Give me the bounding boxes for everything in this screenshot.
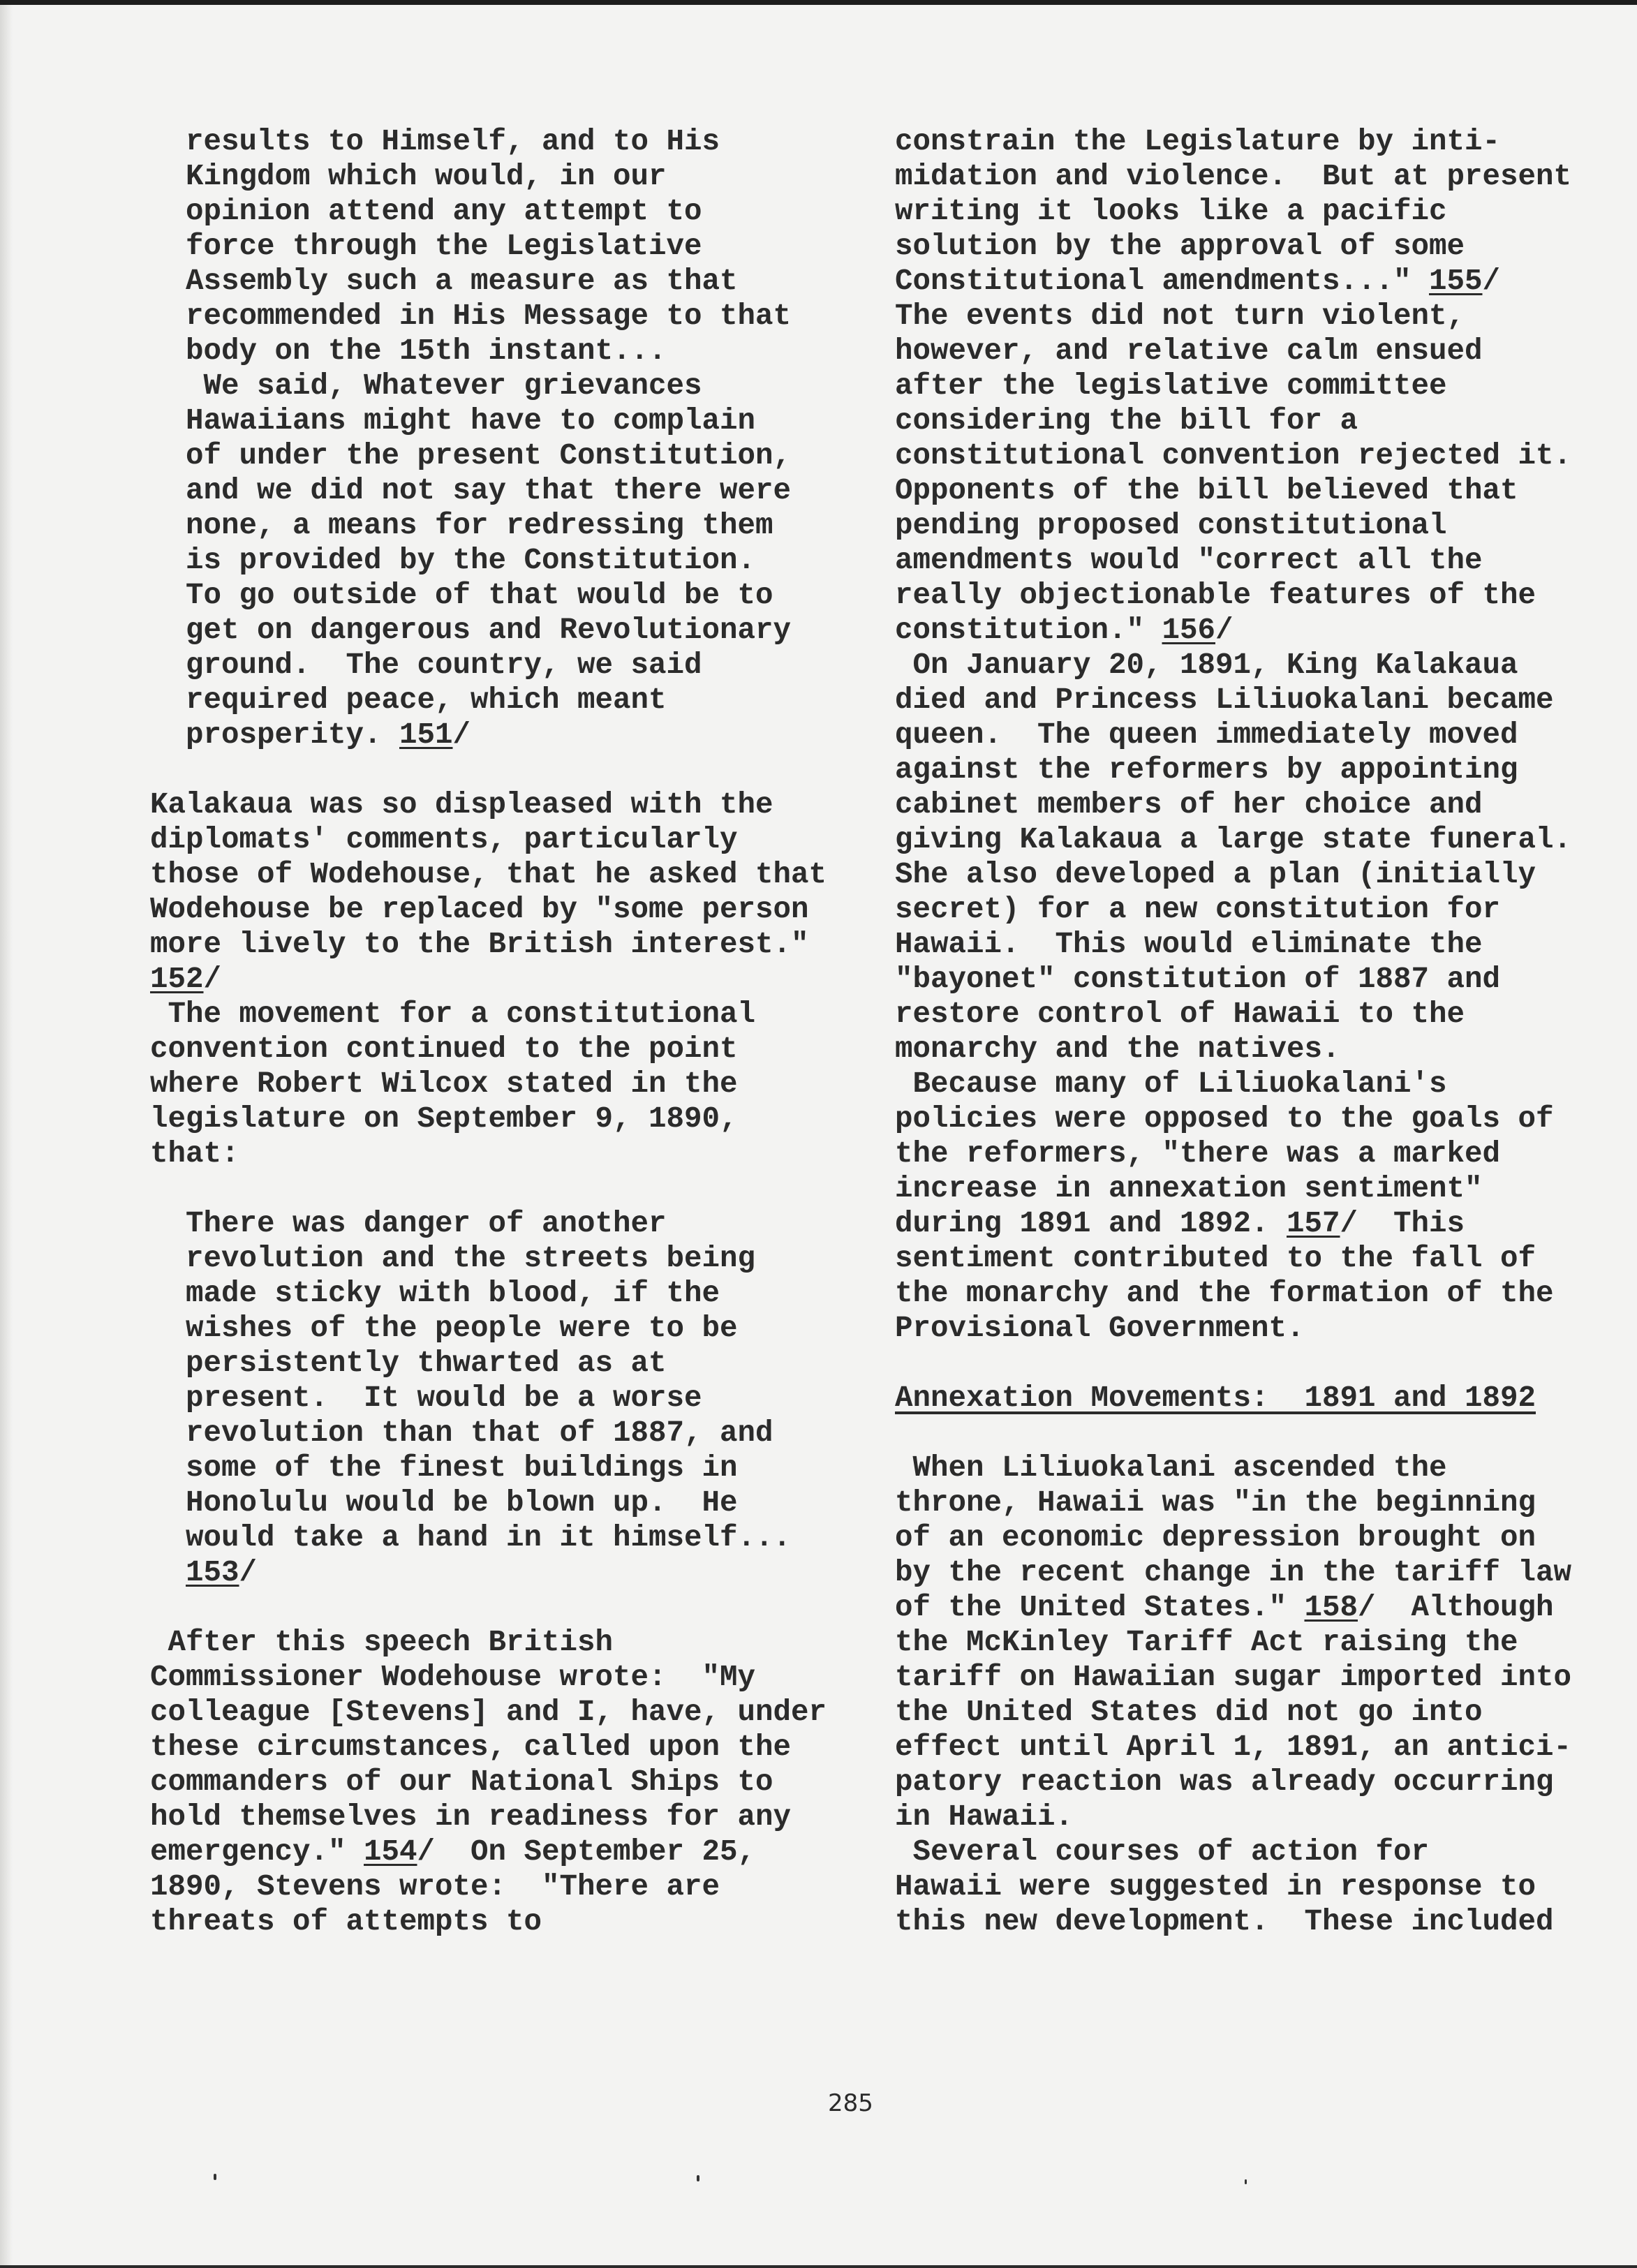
text-line: Provisional Government.	[895, 1311, 1593, 1346]
line-text: these circumstances, called upon the	[150, 1730, 791, 1764]
text-line: Commissioner Wodehouse wrote: "My	[150, 1660, 834, 1695]
text-line: commanders of our National Ships to	[150, 1765, 834, 1800]
line-text: against the reformers by appointing	[895, 753, 1518, 787]
line-text: died and Princess Liliuokalani became	[895, 683, 1553, 717]
text-line: this new development. These included	[895, 1904, 1593, 1939]
page-number: 285	[828, 2089, 873, 2117]
text-line: Honolulu would be blown up. He	[150, 1485, 834, 1520]
line-text: required peace, which meant	[186, 683, 667, 717]
line-text: sentiment contributed to the fall of	[895, 1242, 1536, 1275]
text-line: and we did not say that there were	[150, 473, 834, 508]
text-line: After this speech British	[150, 1625, 834, 1660]
text-line: Kingdom which would, in our	[150, 159, 834, 194]
footnote-reference[interactable]: 156	[1162, 614, 1216, 647]
text-line: however, and relative calm ensued	[895, 334, 1593, 369]
line-text: hold themselves in readiness for any	[150, 1800, 791, 1834]
text-line: revolution and the streets being	[150, 1241, 834, 1276]
footnote-reference[interactable]: 152	[150, 963, 204, 996]
scan-shadow	[0, 0, 13, 2268]
text-line: The movement for a constitutional	[150, 997, 834, 1032]
line-text: the reformers, "there was a marked	[895, 1137, 1500, 1171]
text-line: giving Kalakaua a large state funeral.	[895, 822, 1593, 857]
text-line: of the United States." 158/ Although	[895, 1590, 1593, 1625]
line-text: persistently thwarted as at	[186, 1347, 667, 1380]
text-line: 153/	[150, 1555, 834, 1590]
line-text: colleague [Stevens] and I, have, under	[150, 1696, 827, 1729]
line-text: The events did not turn violent,	[895, 299, 1465, 333]
line-text: After this speech British	[168, 1626, 614, 1659]
text-line: There was danger of another	[150, 1206, 834, 1241]
line-text: midation and violence. But at present	[895, 160, 1571, 193]
line-text: those of Wodehouse, that he asked that	[150, 858, 827, 891]
text-line: Hawaii were suggested in response to	[895, 1869, 1593, 1904]
line-text: the United States did not go into	[895, 1696, 1482, 1729]
text-line: Opponents of the bill believed that	[895, 473, 1593, 508]
line-text: constrain the Legislature by inti-	[895, 125, 1500, 158]
line-text: threats of attempts to	[150, 1905, 542, 1939]
line-text: cabinet members of her choice and	[895, 788, 1482, 822]
text-line: more lively to the British interest."	[150, 927, 834, 962]
text-line: Because many of Liliuokalani's	[895, 1067, 1593, 1102]
line-text: Kalakaua was so displeased with the	[150, 788, 773, 822]
line-text: constitution."	[895, 614, 1162, 647]
line-text: would take a hand in it himself...	[186, 1521, 791, 1555]
text-line: monarchy and the natives.	[895, 1032, 1593, 1067]
line-text-after-footnote: /	[1482, 265, 1500, 298]
text-line: during 1891 and 1892. 157/ This	[895, 1206, 1593, 1241]
text-line: solution by the approval of some	[895, 229, 1593, 264]
text-line: the reformers, "there was a marked	[895, 1136, 1593, 1171]
text-line: legislature on September 9, 1890,	[150, 1102, 834, 1136]
text-line: Hawaii. This would eliminate the	[895, 927, 1593, 962]
text-line: diplomats' comments, particularly	[150, 822, 834, 857]
line-text: however, and relative calm ensued	[895, 334, 1482, 368]
paragraph-gap	[150, 753, 834, 787]
text-line: required peace, which meant	[150, 683, 834, 718]
line-text: Hawaiians might have to complain	[186, 404, 755, 438]
text-line: Wodehouse be replaced by "some person	[150, 892, 834, 927]
line-text: the monarchy and the formation of the	[895, 1277, 1553, 1310]
line-text: body on the 15th instant...	[186, 334, 667, 368]
line-text: 1890, Stevens wrote: "There are	[150, 1870, 720, 1904]
footnote-reference[interactable]: 151	[399, 718, 453, 752]
line-text: There was danger of another	[186, 1207, 667, 1240]
text-line: persistently thwarted as at	[150, 1346, 834, 1381]
text-line: constrain the Legislature by inti-	[895, 124, 1593, 159]
text-line: that:	[150, 1136, 834, 1171]
line-text: legislature on September 9, 1890,	[150, 1102, 737, 1136]
line-text: where Robert Wilcox stated in the	[150, 1067, 737, 1101]
line-text: constitutional convention rejected it.	[895, 439, 1571, 473]
line-text: On January 20, 1891, King Kalakaua	[913, 648, 1518, 682]
scan-speck	[697, 2175, 699, 2181]
text-line: Hawaiians might have to complain	[150, 403, 834, 438]
text-line: considering the bill for a	[895, 403, 1593, 438]
text-line: in Hawaii.	[895, 1800, 1593, 1835]
text-line: tariff on Hawaiian sugar imported into	[895, 1660, 1593, 1695]
text-line: by the recent change in the tariff law	[895, 1555, 1593, 1590]
scan-speck	[1245, 2179, 1247, 2184]
line-text: giving Kalakaua a large state funeral.	[895, 823, 1571, 857]
text-line: sentiment contributed to the fall of	[895, 1241, 1593, 1276]
line-text: tariff on Hawaiian sugar imported into	[895, 1661, 1571, 1694]
line-text: after the legislative committee	[895, 369, 1446, 403]
text-line: present. It would be a worse	[150, 1381, 834, 1416]
text-line: would take a hand in it himself...	[150, 1520, 834, 1555]
scan-bottom-edge	[0, 2265, 1637, 2268]
line-text: emergency."	[150, 1835, 364, 1869]
line-text: monarchy and the natives.	[895, 1032, 1340, 1066]
line-text-after-footnote: /	[453, 718, 471, 752]
line-text: Provisional Government.	[895, 1312, 1305, 1345]
line-text: by the recent change in the tariff law	[895, 1556, 1571, 1589]
scan-speck	[214, 2174, 216, 2180]
line-text-after-footnote: /	[239, 1556, 258, 1589]
line-text-after-footnote: /	[1215, 614, 1234, 647]
line-text: secret) for a new constitution for	[895, 893, 1500, 926]
line-text: made sticky with blood, if the	[186, 1277, 720, 1310]
text-line: patory reaction was already occurring	[895, 1765, 1593, 1800]
line-text: commanders of our National Ships to	[150, 1765, 773, 1799]
text-line: body on the 15th instant...	[150, 334, 834, 369]
text-line: Several courses of action for	[895, 1835, 1593, 1869]
text-line: convention continued to the point	[150, 1032, 834, 1067]
text-line: opinion attend any attempt to	[150, 194, 834, 229]
line-text: results to Himself, and to His	[186, 125, 720, 158]
line-text: of under the present Constitution,	[186, 439, 791, 473]
text-line: these circumstances, called upon the	[150, 1730, 834, 1765]
text-line: emergency." 154/ On September 25,	[150, 1835, 834, 1869]
text-line: the United States did not go into	[895, 1695, 1593, 1730]
text-line: hold themselves in readiness for any	[150, 1800, 834, 1835]
footnote-reference[interactable]: 157	[1287, 1207, 1340, 1240]
line-text: is provided by the Constitution.	[186, 544, 755, 577]
text-line: "bayonet" constitution of 1887 and	[895, 962, 1593, 997]
scan-top-edge	[0, 0, 1637, 5]
line-text: The movement for a constitutional	[168, 998, 755, 1031]
footnote-reference[interactable]: 155	[1429, 265, 1483, 298]
text-line: threats of attempts to	[150, 1904, 834, 1939]
text-line: cabinet members of her choice and	[895, 787, 1593, 822]
line-text: restore control of Hawaii to the	[895, 998, 1465, 1031]
paragraph-gap	[895, 1416, 1593, 1451]
text-line: the monarchy and the formation of the	[895, 1276, 1593, 1311]
line-text: solution by the approval of some	[895, 230, 1465, 263]
line-text: get on dangerous and Revolutionary	[186, 614, 791, 647]
line-text: throne, Hawaii was "in the beginning	[895, 1486, 1536, 1520]
line-text: considering the bill for a	[895, 404, 1358, 438]
line-text: effect until April 1, 1891, an antici-	[895, 1730, 1571, 1764]
line-text: Hawaii were suggested in response to	[895, 1870, 1536, 1904]
line-text: convention continued to the point	[150, 1032, 737, 1066]
line-text: policies were opposed to the goals of	[895, 1102, 1553, 1136]
text-line: Assembly such a measure as that	[150, 264, 834, 299]
line-text: really objectionable features of the	[895, 579, 1536, 612]
text-line: the McKinley Tariff Act raising the	[895, 1625, 1593, 1660]
line-text: patory reaction was already occurring	[895, 1765, 1553, 1799]
line-text: revolution than that of 1887, and	[186, 1416, 773, 1450]
line-text: diplomats' comments, particularly	[150, 823, 737, 857]
line-text: pending proposed constitutional	[895, 509, 1446, 542]
line-text: force through the Legislative	[186, 230, 702, 263]
line-text: more lively to the British interest."	[150, 928, 808, 961]
text-line: secret) for a new constitution for	[895, 892, 1593, 927]
text-line: made sticky with blood, if the	[150, 1276, 834, 1311]
text-line: 1890, Stevens wrote: "There are	[150, 1869, 834, 1904]
line-text: Hawaii. This would eliminate the	[895, 928, 1482, 961]
text-line: of an economic depression brought on	[895, 1520, 1593, 1555]
text-line: some of the finest buildings in	[150, 1451, 834, 1485]
line-text-after-footnote: / Although	[1358, 1591, 1554, 1624]
paragraph-gap	[150, 1171, 834, 1206]
text-line: Constitutional amendments..." 155/	[895, 264, 1593, 299]
line-text: Opponents of the bill believed that	[895, 474, 1518, 507]
text-line: She also developed a plan (initially	[895, 857, 1593, 892]
line-text: Constitutional amendments..."	[895, 265, 1429, 298]
line-text: revolution and the streets being	[186, 1242, 755, 1275]
line-text: of an economic depression brought on	[895, 1521, 1536, 1555]
section-heading: Annexation Movements: 1891 and 1892	[895, 1381, 1593, 1416]
text-line: get on dangerous and Revolutionary	[150, 613, 834, 648]
text-line: none, a means for redressing them	[150, 508, 834, 543]
text-line: revolution than that of 1887, and	[150, 1416, 834, 1451]
text-line: after the legislative committee	[895, 369, 1593, 403]
line-text: prosperity.	[186, 718, 399, 752]
text-line: On January 20, 1891, King Kalakaua	[895, 648, 1593, 683]
footnote-reference[interactable]: 153	[186, 1556, 239, 1589]
line-text-after-footnote: / This	[1340, 1207, 1465, 1240]
line-text: Commissioner Wodehouse wrote: "My	[150, 1661, 755, 1694]
text-line: policies were opposed to the goals of	[895, 1102, 1593, 1136]
line-text: that:	[150, 1137, 239, 1171]
line-text: ground. The country, we said	[186, 648, 702, 682]
line-text: Assembly such a measure as that	[186, 265, 737, 298]
text-line: prosperity. 151/	[150, 718, 834, 753]
text-line: against the reformers by appointing	[895, 753, 1593, 787]
line-text: amendments would "correct all the	[895, 544, 1482, 577]
text-line: We said, Whatever grievances	[150, 369, 834, 403]
text-line: To go outside of that would be to	[150, 578, 834, 613]
footnote-reference[interactable]: 158	[1305, 1591, 1358, 1624]
text-line: queen. The queen immediately moved	[895, 718, 1593, 753]
text-line: writing it looks like a pacific	[895, 194, 1593, 229]
text-line: wishes of the people were to be	[150, 1311, 834, 1346]
text-line: force through the Legislative	[150, 229, 834, 264]
line-text: Kingdom which would, in our	[186, 160, 667, 193]
right-column: constrain the Legislature by inti-midati…	[895, 124, 1593, 1939]
text-line: 152/	[150, 962, 834, 997]
text-line: restore control of Hawaii to the	[895, 997, 1593, 1032]
text-line: of under the present Constitution,	[150, 438, 834, 473]
text-line: really objectionable features of the	[895, 578, 1593, 613]
line-text: We said, Whatever grievances	[204, 369, 702, 403]
text-line: midation and violence. But at present	[895, 159, 1593, 194]
line-text: this new development. These included	[895, 1905, 1553, 1939]
text-line: constitutional convention rejected it.	[895, 438, 1593, 473]
line-text: during 1891 and 1892.	[895, 1207, 1287, 1240]
line-text: Because many of Liliuokalani's	[913, 1067, 1447, 1101]
text-line: those of Wodehouse, that he asked that	[150, 857, 834, 892]
line-text: Several courses of action for	[913, 1835, 1430, 1869]
left-column: results to Himself, and to HisKingdom wh…	[150, 124, 834, 1939]
line-text-after-footnote: / On September 25,	[417, 1835, 756, 1869]
text-line: recommended in His Message to that	[150, 299, 834, 334]
line-text: none, a means for redressing them	[186, 509, 773, 542]
footnote-reference[interactable]: 154	[364, 1835, 417, 1869]
text-line: where Robert Wilcox stated in the	[150, 1067, 834, 1102]
line-text-after-footnote: /	[204, 963, 222, 996]
line-text: present. It would be a worse	[186, 1381, 702, 1415]
text-line: results to Himself, and to His	[150, 124, 834, 159]
line-text: recommended in His Message to that	[186, 299, 791, 333]
text-line: Kalakaua was so displeased with the	[150, 787, 834, 822]
line-text: Wodehouse be replaced by "some person	[150, 893, 808, 926]
section-heading-text: Annexation Movements: 1891 and 1892	[895, 1381, 1536, 1415]
line-text: queen. The queen immediately moved	[895, 718, 1518, 752]
line-text: When Liliuokalani ascended the	[913, 1451, 1447, 1485]
text-line: died and Princess Liliuokalani became	[895, 683, 1593, 718]
line-text: writing it looks like a pacific	[895, 195, 1446, 228]
text-line: The events did not turn violent,	[895, 299, 1593, 334]
line-text: wishes of the people were to be	[186, 1312, 737, 1345]
line-text: some of the finest buildings in	[186, 1451, 737, 1485]
text-line: is provided by the Constitution.	[150, 543, 834, 578]
line-text: Honolulu would be blown up. He	[186, 1486, 737, 1520]
paragraph-gap	[150, 1590, 834, 1625]
text-line: colleague [Stevens] and I, have, under	[150, 1695, 834, 1730]
line-text: She also developed a plan (initially	[895, 858, 1536, 891]
line-text: To go outside of that would be to	[186, 579, 773, 612]
line-text: in Hawaii.	[895, 1800, 1073, 1834]
text-line: constitution." 156/	[895, 613, 1593, 648]
text-line: ground. The country, we said	[150, 648, 834, 683]
text-line: pending proposed constitutional	[895, 508, 1593, 543]
paragraph-gap	[895, 1346, 1593, 1381]
line-text: opinion attend any attempt to	[186, 195, 702, 228]
line-text: "bayonet" constitution of 1887 and	[895, 963, 1500, 996]
text-line: effect until April 1, 1891, an antici-	[895, 1730, 1593, 1765]
line-text: increase in annexation sentiment"	[895, 1172, 1482, 1206]
text-line: increase in annexation sentiment"	[895, 1171, 1593, 1206]
line-text: the McKinley Tariff Act raising the	[895, 1626, 1518, 1659]
text-line: amendments would "correct all the	[895, 543, 1593, 578]
text-line: throne, Hawaii was "in the beginning	[895, 1485, 1593, 1520]
line-text: of the United States."	[895, 1591, 1305, 1624]
line-text: and we did not say that there were	[186, 474, 791, 507]
text-line: When Liliuokalani ascended the	[895, 1451, 1593, 1485]
